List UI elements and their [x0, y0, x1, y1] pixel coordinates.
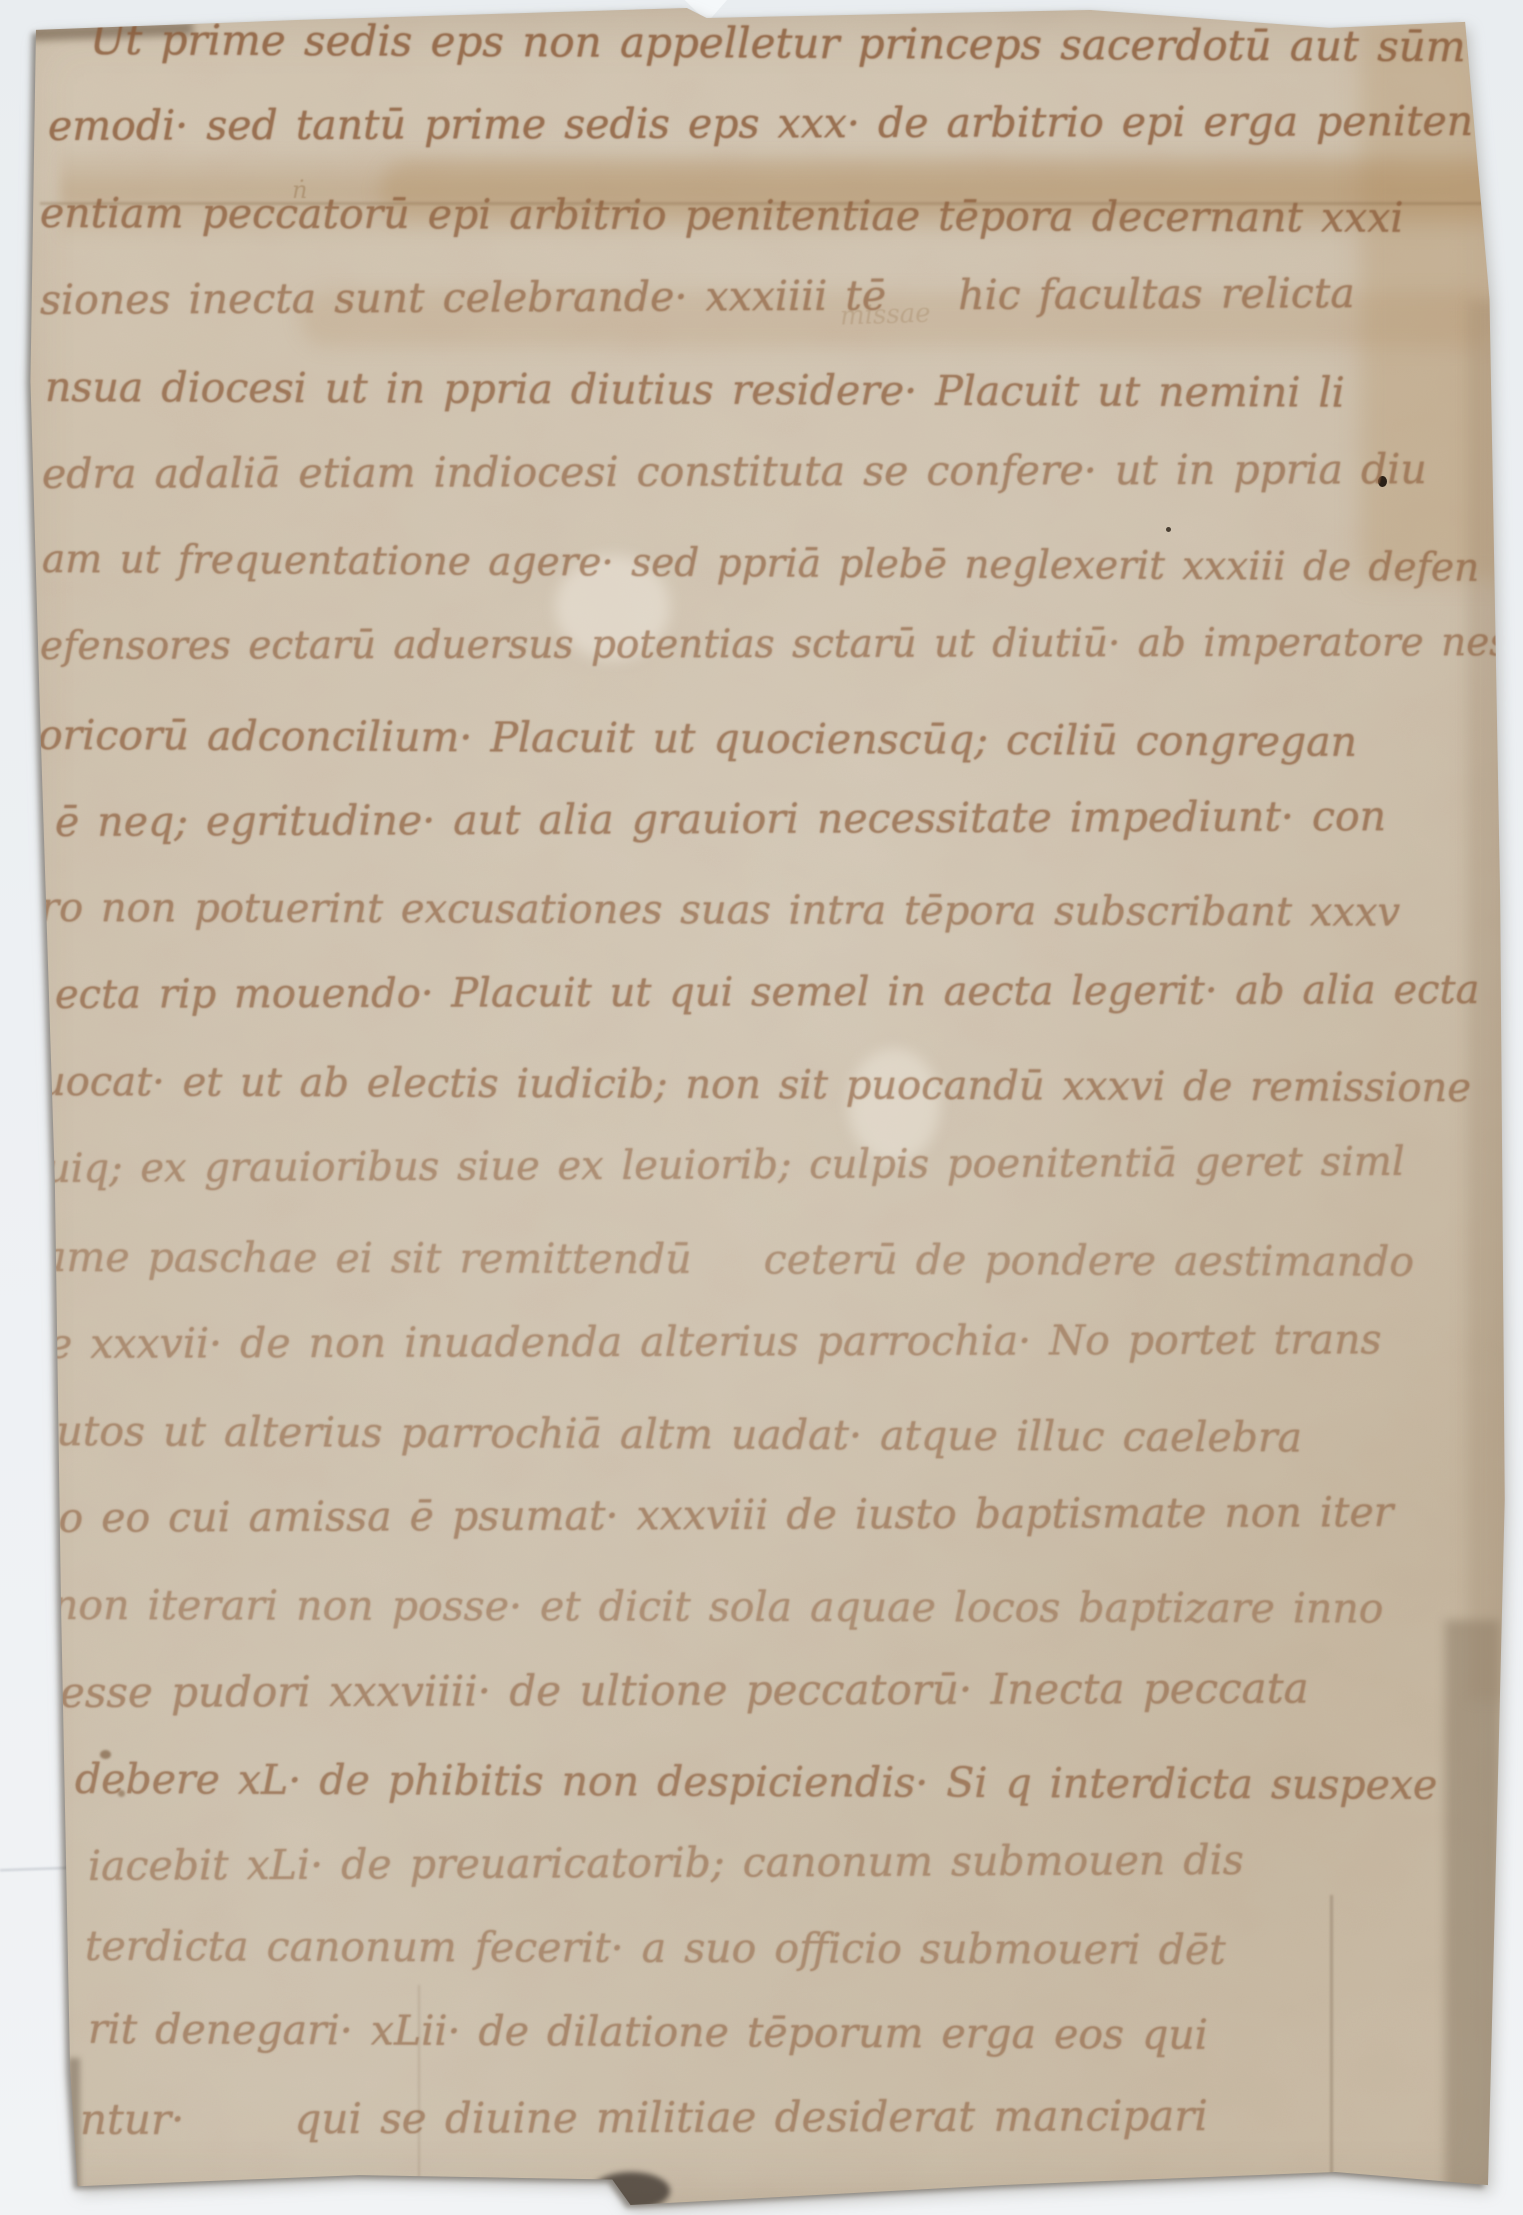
manuscript-line: to eo cui amissa ē psumat· xxxviii de iu… [42, 1488, 1394, 1542]
manuscript-line: terdicta canonum fecerit· a suo officio … [85, 1922, 1226, 1974]
manuscript-line: emodi· sed tantū prime sedis eps xxx· de… [48, 97, 1473, 150]
manuscript-line: efensores ectarū aduersus potentias scta… [40, 620, 1523, 669]
manuscript-line: ame paschae ei sit remittendū ceterū de … [42, 1233, 1414, 1286]
manuscript-line: ecta rip mouendo· Placuit ut qui semel i… [55, 967, 1480, 1018]
interlinear-gloss: missae [840, 298, 932, 331]
manuscript-line: iacebit xLi· de preuaricatorib; canonum … [88, 1836, 1244, 1890]
manuscript-line: oricorū adconcilium· Placuit ut quociens… [38, 711, 1357, 766]
manuscript-line: am ut frequentatione agere· sed ppriā pl… [42, 537, 1479, 591]
parchment-wrap: Ut prime sedis eps non appelletur prince… [0, 0, 1523, 2215]
manuscript-line: edra adaliā etiam indiocesi constituta s… [42, 445, 1427, 498]
manuscript-line: esse pudori xxxviiii· de ultione peccato… [60, 1664, 1309, 1717]
manuscript-line: tutos ut alterius parrochiā altm uadat· … [40, 1407, 1302, 1462]
speck-top-edge [436, 6, 447, 13]
manuscript-line: uiq; ex grauioribus siue ex leuiorib; cu… [45, 1139, 1405, 1192]
scan-canvas: Ut prime sedis eps non appelletur prince… [0, 0, 1523, 2215]
manuscript-line: ntur· qui se diuine militiae desiderat m… [80, 2091, 1208, 2144]
parchment-page: Ut prime sedis eps non appelletur prince… [0, 0, 1523, 2215]
manuscript-line: siones inecta sunt celebrande· xxxiiii t… [40, 269, 1355, 324]
manuscript-line: rit denegari· xLii· de dilatione tēporum… [88, 2005, 1208, 2059]
manuscript-line: nsua diocesi ut in ppria diutius resider… [45, 363, 1345, 417]
interlinear-gloss: ṅ [292, 176, 307, 204]
manuscript-line: non iterari non posse· et dicit sola aqu… [52, 1581, 1384, 1632]
manuscript-line: e xxxvii· de non inuadenda alterius parr… [48, 1315, 1382, 1368]
manuscript-line: ē neq; egritudine· aut alia grauiori nec… [55, 792, 1386, 846]
manuscript-line: debere xL· de phibitis non despiciendis·… [75, 1755, 1438, 1809]
manuscript-line: entiam peccatorū epi arbitrio penitentia… [40, 189, 1404, 242]
manuscript-line: Ut prime sedis eps non appelletur prince… [90, 15, 1515, 71]
manuscript-line: ro non potuerint excusationes suas intra… [40, 885, 1400, 936]
manuscript-line: uocat· et ut ab electis iudicib; non sit… [40, 1059, 1471, 1111]
